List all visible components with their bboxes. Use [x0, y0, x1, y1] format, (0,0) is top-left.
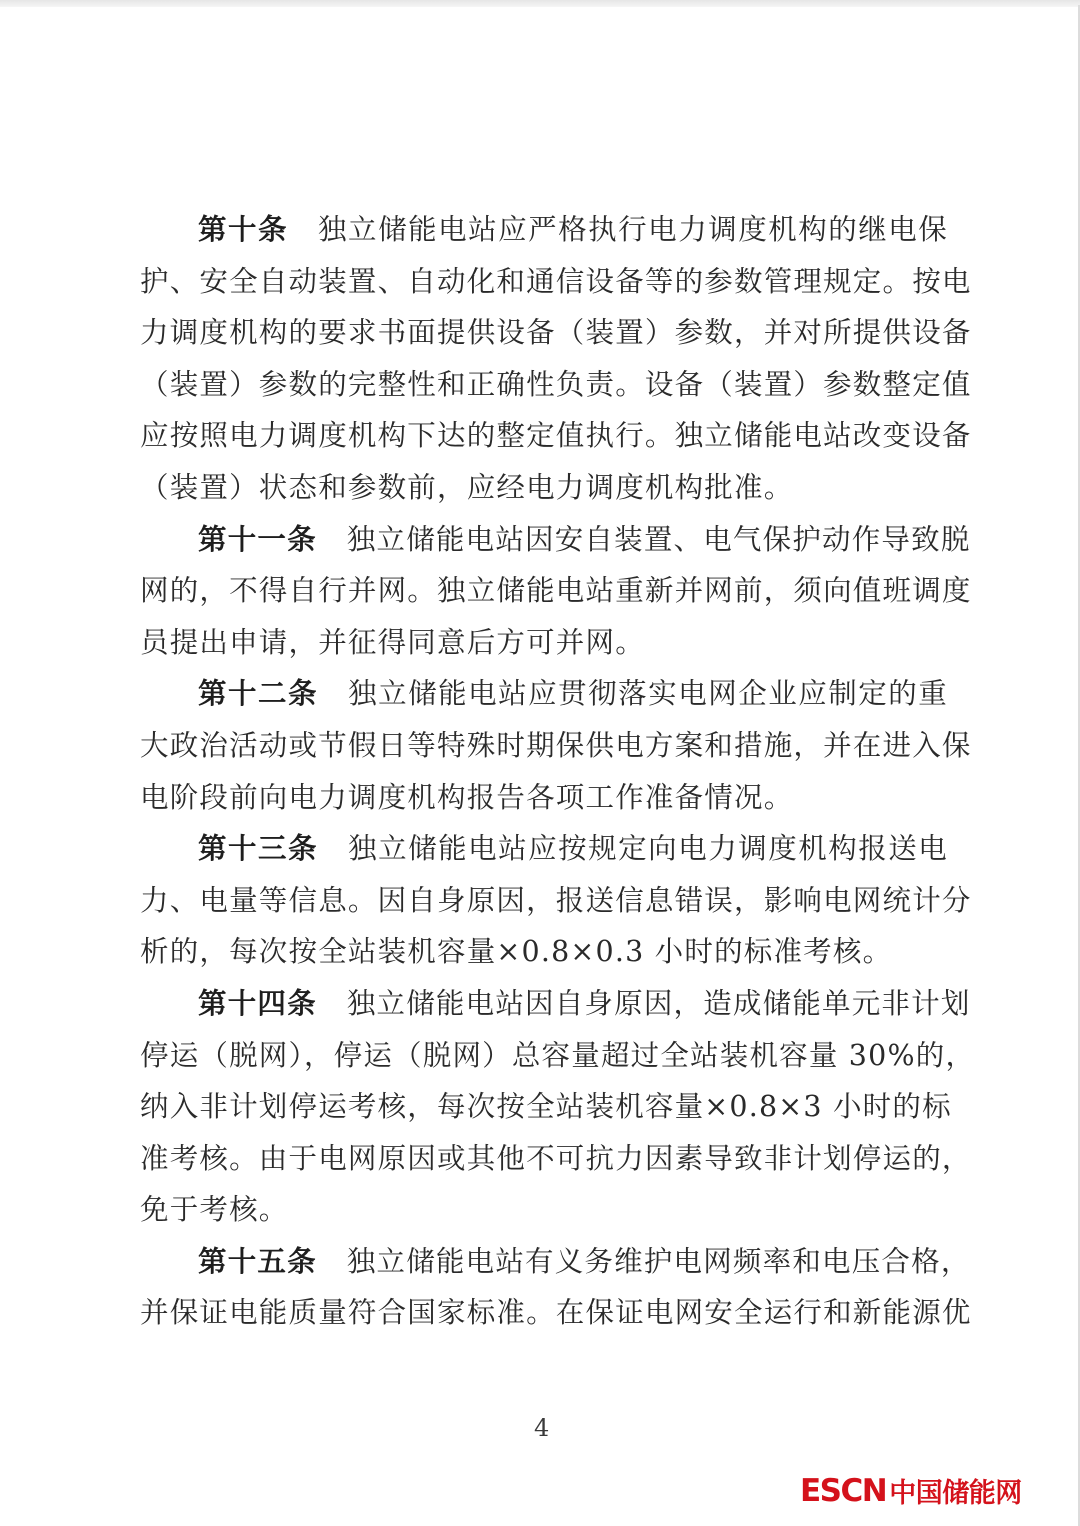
article-label: 第十条 — [198, 213, 288, 246]
article-text-line: 析的，每次按全站装机容量×0.8×0.3 小时的标准考核。 — [140, 926, 948, 978]
article-text-line: 并保证电能质量符合国家标准。在保证电网安全运行和新能源优 — [140, 1287, 948, 1339]
article-text-line: 员提出申请，并征得同意后方可并网。 — [140, 617, 948, 669]
article-text-line: 准考核。由于电网原因或其他不可抗力因素导致非计划停运的， — [140, 1133, 948, 1185]
article-text-line: 独立储能电站有义务维护电网频率和电压合格， — [347, 1245, 971, 1278]
scan-edge-top — [0, 0, 1080, 7]
article-15: 第十五条独立储能电站有义务维护电网频率和电压合格， 并保证电能质量符合国家标准。… — [140, 1236, 948, 1339]
article-text-line: 独立储能电站因安自装置、电气保护动作导致脱 — [347, 523, 971, 556]
article-text-line: 免于考核。 — [140, 1184, 948, 1236]
escn-watermark-logo: ESCN 中国储能网 — [800, 1471, 1022, 1510]
article-text-line: 应按照电力调度机构下达的整定值执行。独立储能电站改变设备 — [140, 410, 948, 462]
article-text-line: 护、安全自动装置、自动化和通信设备等的参数管理规定。按电 — [140, 256, 948, 308]
article-text-line: 力调度机构的要求书面提供设备（装置）参数，并对所提供设备 — [140, 307, 948, 359]
article-label: 第十二条 — [198, 677, 318, 710]
article-text-line: 独立储能电站应贯彻落实电网企业应制定的重 — [348, 677, 948, 710]
article-text-line: （装置）参数的完整性和正确性负责。设备（装置）参数整定值 — [140, 359, 948, 411]
article-text-line: 网的，不得自行并网。独立储能电站重新并网前，须向值班调度 — [140, 565, 948, 617]
article-12: 第十二条独立储能电站应贯彻落实电网企业应制定的重 大政治活动或节假日等特殊时期保… — [140, 668, 948, 823]
watermark-latin: ESCN — [800, 1473, 886, 1509]
article-text-line: （装置）状态和参数前，应经电力调度机构批准。 — [140, 462, 948, 514]
article-text-line: 停运（脱网），停运（脱网）总容量超过全站装机容量 30%的， — [140, 1030, 948, 1082]
article-label: 第十三条 — [198, 832, 318, 865]
article-text-line: 纳入非计划停运考核，每次按全站装机容量×0.8×3 小时的标 — [140, 1081, 948, 1133]
article-text-line: 力、电量等信息。因自身原因，报送信息错误，影响电网统计分 — [140, 875, 948, 927]
article-13: 第十三条独立储能电站应按规定向电力调度机构报送电 力、电量等信息。因自身原因，报… — [140, 823, 948, 978]
article-text-line: 独立储能电站应严格执行电力调度机构的继电保 — [318, 213, 948, 246]
article-text-line: 电阶段前向电力调度机构报告各项工作准备情况。 — [140, 772, 948, 824]
article-label: 第十一条 — [198, 523, 317, 556]
article-11: 第十一条独立储能电站因安自装置、电气保护动作导致脱 网的，不得自行并网。独立储能… — [140, 514, 948, 669]
watermark-chinese: 中国储能网 — [889, 1471, 1022, 1510]
article-text-line: 大政治活动或节假日等特殊时期保供电方案和措施，并在进入保 — [140, 720, 948, 772]
article-label: 第十四条 — [198, 987, 317, 1020]
page-number: 4 — [534, 1414, 549, 1442]
article-14: 第十四条独立储能电站因自身原因，造成储能单元非计划 停运（脱网），停运（脱网）总… — [140, 978, 948, 1236]
article-label: 第十五条 — [198, 1245, 317, 1278]
article-text-line: 独立储能电站应按规定向电力调度机构报送电 — [348, 832, 948, 865]
article-10: 第十条独立储能电站应严格执行电力调度机构的继电保 护、安全自动装置、自动化和通信… — [140, 204, 948, 514]
document-body: 第十条独立储能电站应严格执行电力调度机构的继电保 护、安全自动装置、自动化和通信… — [140, 204, 948, 1339]
article-text-line: 独立储能电站因自身原因，造成储能单元非计划 — [347, 987, 971, 1020]
